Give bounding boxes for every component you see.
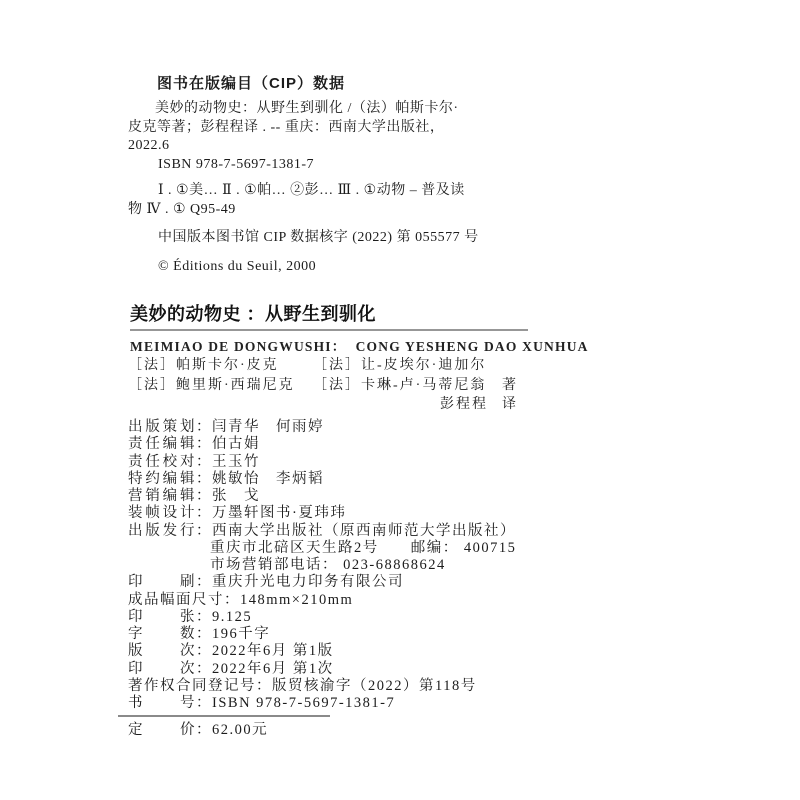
row-value: 西南大学出版社（原西南师范大学出版社） bbox=[212, 523, 516, 539]
row-label: 印张 bbox=[128, 609, 196, 626]
colophon-row-special-editor: 特约编辑：姚敏怡 李炳韬 bbox=[128, 471, 558, 488]
author-1: ［法］帕斯卡尔·皮克 bbox=[128, 356, 313, 376]
row-label: 责任校对 bbox=[128, 454, 196, 471]
translator-role: 译 bbox=[502, 395, 518, 415]
cip-classification-line-2: 物 Ⅳ . ① Q95-49 bbox=[128, 201, 558, 220]
row-value: 196千字 bbox=[212, 626, 270, 642]
author-2: ［法］让-皮埃尔·迪加尔 bbox=[313, 356, 486, 376]
colophon-row-marketing-editor: 营销编辑：张 戈 bbox=[128, 488, 558, 505]
author-3: ［法］鲍里斯·西瑞尼克 bbox=[128, 376, 313, 396]
cip-isbn-line: ISBN 978-7-5697-1381-7 bbox=[128, 156, 558, 175]
colophon-row-edition: 版次：2022年6月 第1版 bbox=[128, 643, 558, 660]
colophon-row-publisher-address: 重庆市北碚区天生路2号 邮编： 400715 bbox=[128, 540, 558, 557]
colophon-row-publisher-phone: 市场营销部电话： 023-68868624 bbox=[128, 557, 558, 574]
authors-line-2: ［法］鲍里斯·西瑞尼克 ［法］卡琳-卢·马蒂尼翁 著 bbox=[128, 376, 518, 396]
row-value: 版贸核渝字（2022）第118号 bbox=[272, 678, 477, 694]
author-4: ［法］卡琳-卢·马蒂尼翁 bbox=[313, 376, 486, 396]
row-label: 特约编辑 bbox=[128, 471, 196, 488]
row-label: 印次 bbox=[128, 661, 196, 678]
colophon-row-sheets: 印张：9.125 bbox=[128, 609, 558, 626]
row-colon: ： bbox=[196, 661, 212, 677]
colophon-row-planning: 出版策划：闫青华 何雨婷 bbox=[128, 419, 558, 436]
row-colon: ： bbox=[196, 643, 212, 659]
authors-role: 著 bbox=[502, 376, 518, 396]
row-label: 出版发行 bbox=[128, 523, 196, 540]
row-value: 重庆市北碚区天生路2号 邮编： 400715 bbox=[128, 540, 516, 557]
row-value: ISBN 978-7-5697-1381-7 bbox=[212, 695, 395, 711]
cip-record-number-line: 中国版本图书馆 CIP 数据核字 (2022) 第 055577 号 bbox=[128, 229, 558, 248]
row-label: 营销编辑 bbox=[128, 488, 196, 505]
row-value: 2022年6月 第1版 bbox=[212, 643, 334, 659]
row-value: 万墨轩图书·夏玮玮 bbox=[212, 505, 346, 521]
colophon-row-publisher: 出版发行：西南大学出版社（原西南师范大学出版社） bbox=[128, 523, 558, 540]
row-value: 9.125 bbox=[212, 609, 252, 625]
row-label: 印刷 bbox=[128, 574, 196, 591]
row-value: 闫青华 何雨婷 bbox=[212, 419, 324, 435]
cip-record-block: 美妙的动物史：从野生到驯化 /（法）帕斯卡尔· 皮克等著；彭程程译 . -- 重… bbox=[128, 100, 558, 276]
row-label: 书号 bbox=[128, 695, 196, 712]
translator-name: 彭程程 bbox=[440, 395, 488, 415]
colophon-row-printer: 印刷：重庆升光电力印务有限公司 bbox=[128, 574, 558, 591]
colophon-block: 出版策划：闫青华 何雨婷 责任编辑：伯古娟 责任校对：王玉竹 特约编辑：姚敏怡 … bbox=[128, 419, 558, 740]
cip-heading: 图书在版编目（CIP）数据 bbox=[157, 72, 345, 93]
book-title: 美妙的动物史 ：从野生到驯化 bbox=[130, 300, 528, 326]
row-colon: ： bbox=[196, 695, 212, 711]
row-label: 装帧设计 bbox=[128, 505, 196, 522]
row-label: 责任编辑 bbox=[128, 436, 196, 453]
colophon-row-design: 装帧设计：万墨轩图书·夏玮玮 bbox=[128, 505, 558, 522]
row-colon: ： bbox=[196, 436, 212, 452]
copyright-notice: © Éditions du Seuil, 2000 bbox=[128, 258, 558, 277]
cip-record-line-2: 皮克等著；彭程程译 . -- 重庆：西南大学出版社， bbox=[128, 119, 558, 138]
row-value: 张 戈 bbox=[212, 488, 260, 504]
cip-record-line-3: 2022.6 bbox=[128, 137, 558, 156]
row-label: 出版策划 bbox=[128, 419, 196, 436]
row-colon: ： bbox=[196, 471, 212, 487]
authors-block: ［法］帕斯卡尔·皮克 ［法］让-皮埃尔·迪加尔 ［法］鲍里斯·西瑞尼克 ［法］卡… bbox=[128, 356, 518, 415]
colophon-row-price: 定价：62.00元 bbox=[128, 722, 558, 739]
copyright-page: 图书在版编目（CIP）数据 美妙的动物史：从野生到驯化 /（法）帕斯卡尔· 皮克… bbox=[0, 0, 800, 800]
row-colon: ： bbox=[196, 722, 212, 738]
price-divider bbox=[118, 715, 330, 717]
row-label: 定价 bbox=[128, 722, 196, 739]
colophon-row-editor: 责任编辑：伯古娟 bbox=[128, 436, 558, 453]
row-value: 148mm×210mm bbox=[240, 592, 353, 608]
title-rule bbox=[130, 329, 528, 331]
row-value: 姚敏怡 李炳韬 bbox=[212, 471, 324, 487]
cip-classification-line-1: Ⅰ . ①美… Ⅱ . ①帕… ②彭… Ⅲ . ①动物 – 普及读 bbox=[128, 182, 558, 201]
cip-record-line-1: 美妙的动物史：从野生到驯化 /（法）帕斯卡尔· bbox=[128, 100, 558, 119]
row-value: 2022年6月 第1次 bbox=[212, 661, 334, 677]
colophon-row-copyright-registration: 著作权合同登记号：版贸核渝字（2022）第118号 bbox=[128, 678, 558, 695]
row-colon: ： bbox=[196, 609, 212, 625]
row-value: 62.00元 bbox=[212, 722, 268, 738]
colophon-row-proofreader: 责任校对：王玉竹 bbox=[128, 454, 558, 471]
row-colon: ： bbox=[196, 574, 212, 590]
row-value: 市场营销部电话： 023-68868624 bbox=[128, 557, 446, 574]
colophon-row-book-number: 书号：ISBN 978-7-5697-1381-7 bbox=[128, 695, 558, 712]
row-label: 版次 bbox=[128, 643, 196, 660]
colophon-row-trim-size: 成品幅面尺寸：148mm×210mm bbox=[128, 592, 558, 609]
row-colon: ： bbox=[196, 626, 212, 642]
authors-line-3: 彭程程 译 bbox=[128, 395, 518, 415]
colophon-row-word-count: 字数：196千字 bbox=[128, 626, 558, 643]
row-colon: ： bbox=[224, 592, 240, 608]
authors-line-1: ［法］帕斯卡尔·皮克 ［法］让-皮埃尔·迪加尔 bbox=[128, 356, 518, 376]
row-value: 王玉竹 bbox=[212, 454, 260, 470]
row-value: 重庆升光电力印务有限公司 bbox=[212, 574, 404, 590]
row-label: 成品幅面尺寸 bbox=[128, 592, 224, 609]
row-colon: ： bbox=[196, 505, 212, 521]
colophon-row-impression: 印次：2022年6月 第1次 bbox=[128, 661, 558, 678]
row-label: 著作权合同登记号 bbox=[128, 678, 256, 695]
row-colon: ： bbox=[196, 488, 212, 504]
title-pinyin: MEIMIAO DE DONGWUSHI： CONG YESHENG DAO X… bbox=[130, 335, 528, 355]
row-colon: ： bbox=[196, 523, 212, 539]
title-block: 美妙的动物史 ：从野生到驯化 MEIMIAO DE DONGWUSHI： CON… bbox=[130, 300, 528, 355]
row-value: 伯古娟 bbox=[212, 436, 260, 452]
row-colon: ： bbox=[256, 678, 272, 694]
row-colon: ： bbox=[196, 454, 212, 470]
row-colon: ： bbox=[196, 419, 212, 435]
row-label: 字数 bbox=[128, 626, 196, 643]
